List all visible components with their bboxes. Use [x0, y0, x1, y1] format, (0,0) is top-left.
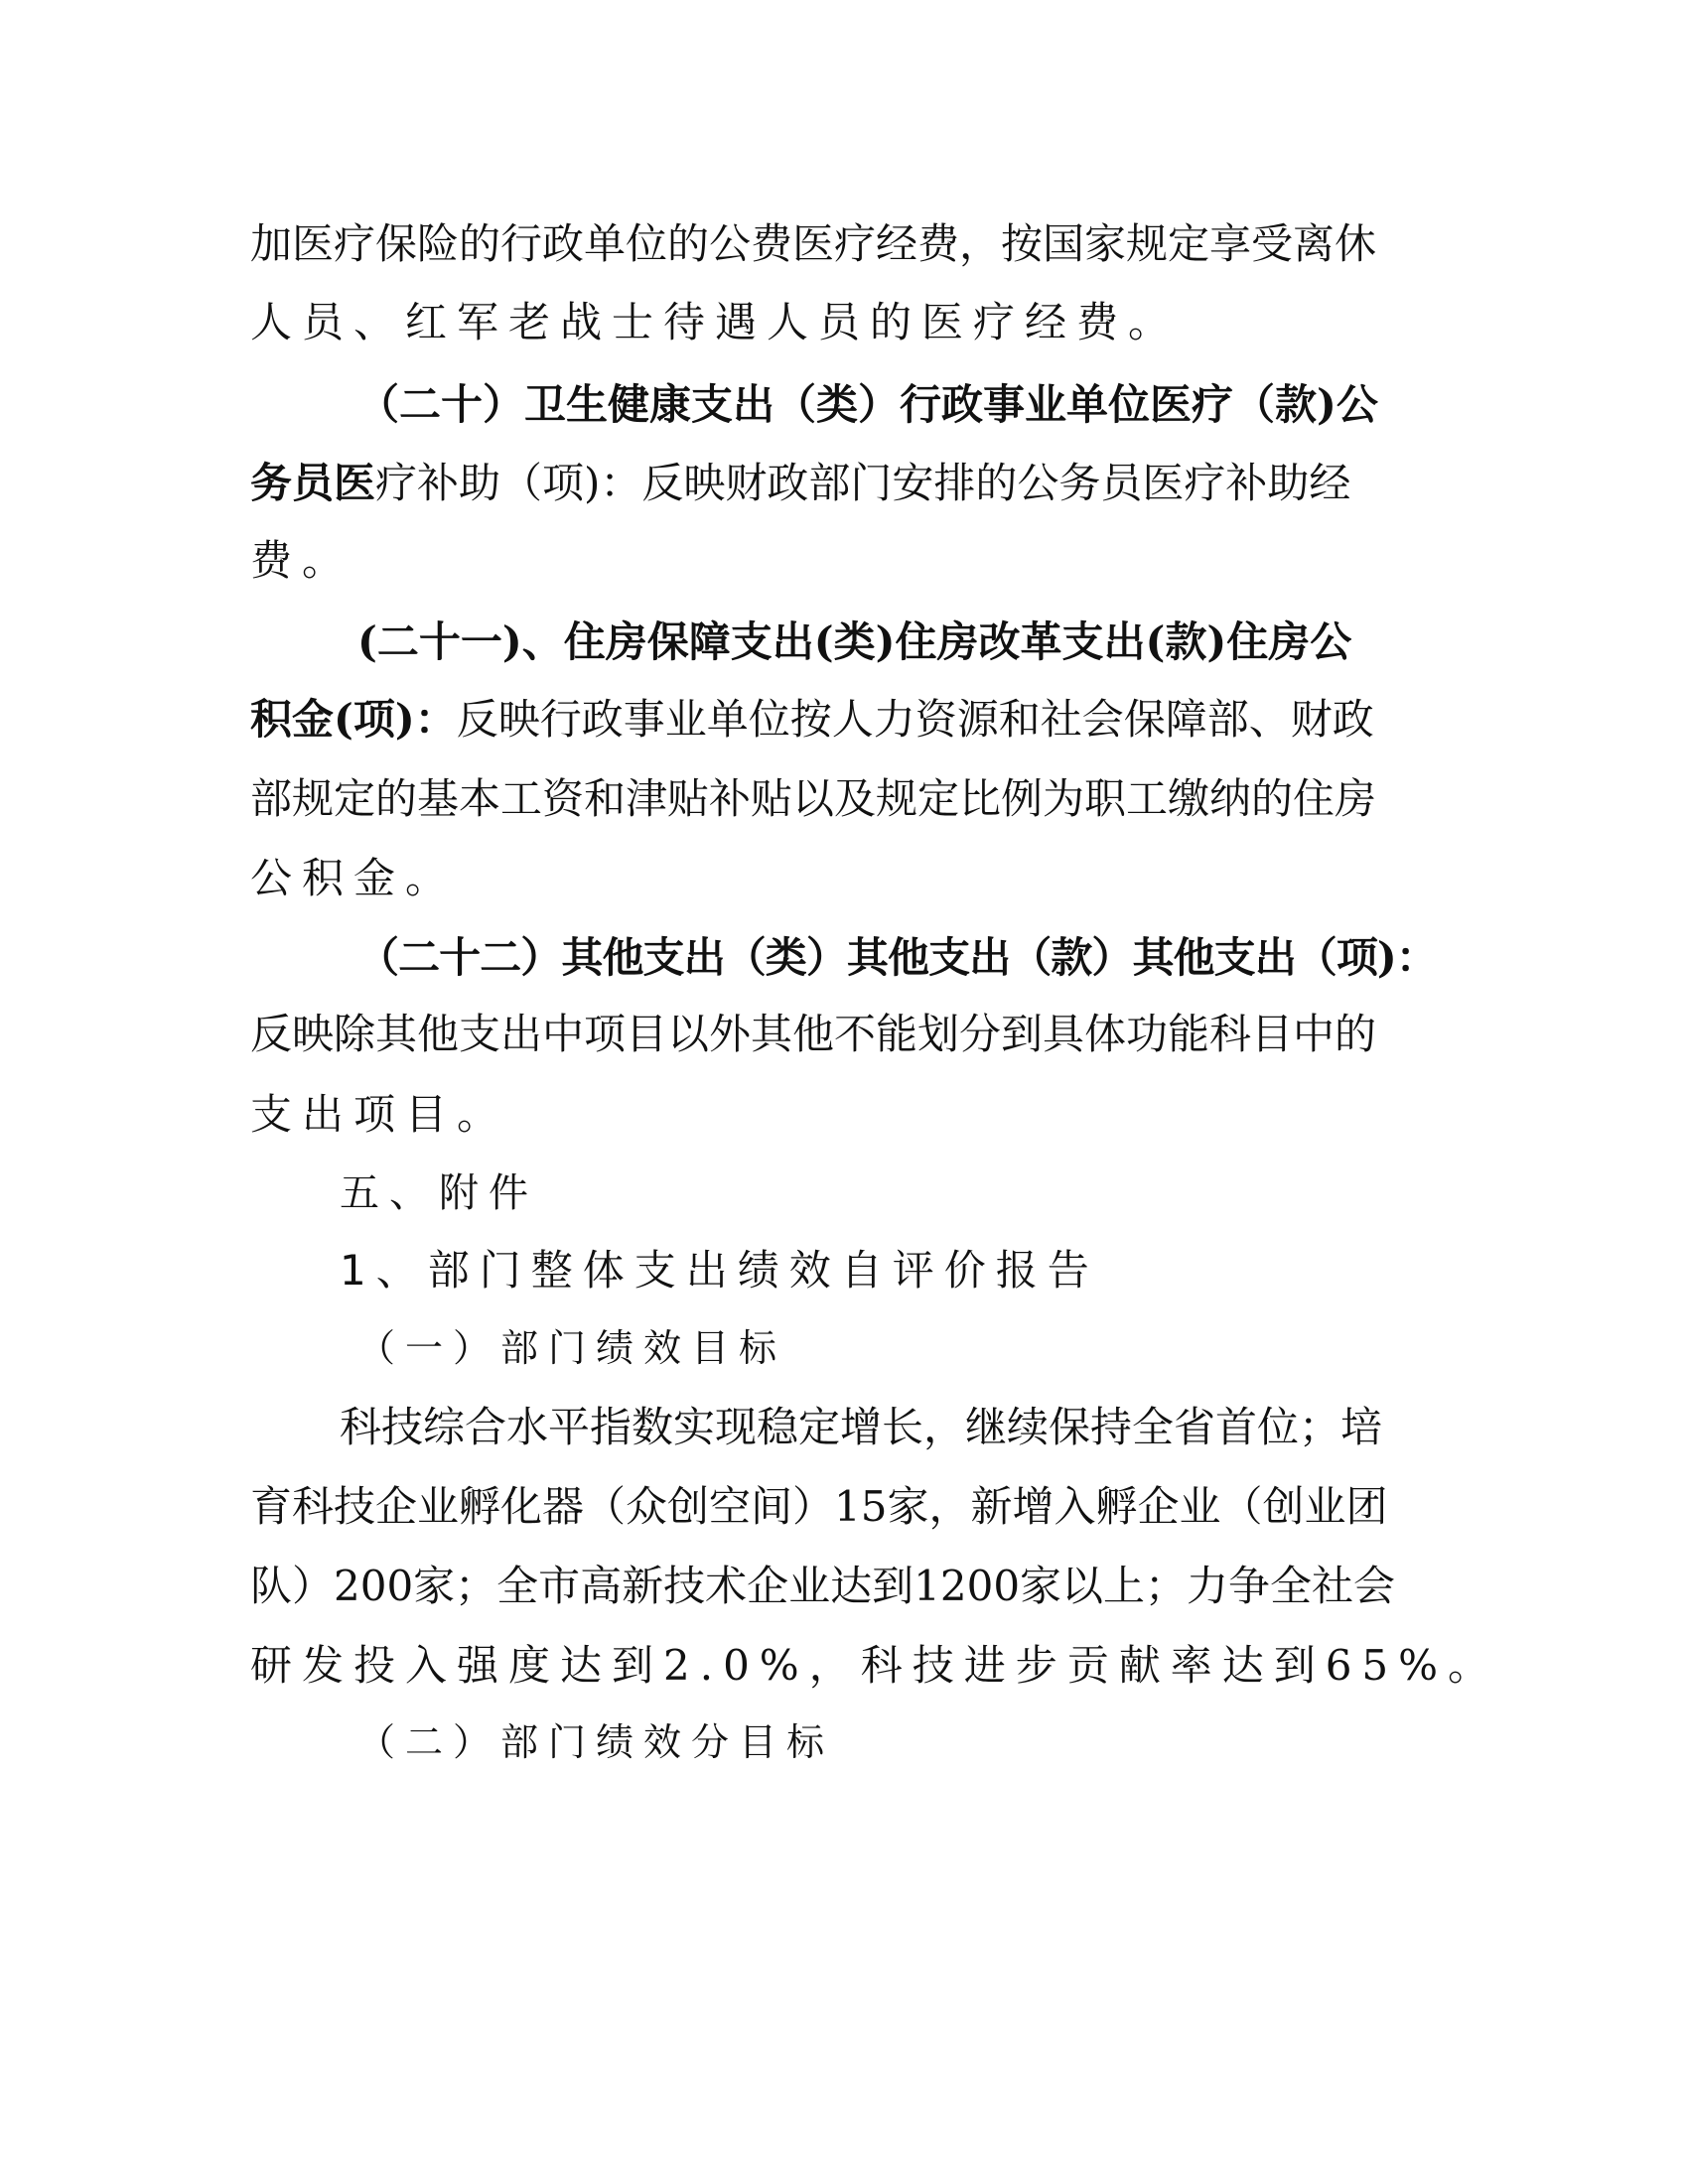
text-run: 育科技企业孵化器（众创空间）15家，新增入孵企业（创业团: [250, 1482, 1387, 1531]
paragraph-line: 积金(项)：反映行政事业单位按人力资源和社会保障部、财政: [250, 692, 1438, 748]
paragraph-line: 科技综合水平指数实现稳定增长，继续保持全省首位；培: [340, 1400, 1438, 1455]
text-run: 科技综合水平指数实现稳定增长，继续保持全省首位；培: [340, 1403, 1382, 1451]
section-heading-21: (二十一)、住房保障支出(类)住房改革支出(款)住房公: [357, 614, 1438, 670]
section-heading-20: （二十）卫生健康支出（类）行政事业单位医疗（款)公: [357, 377, 1438, 433]
document-page: 加医疗保险的行政单位的公费医疗经费，按国家规定享受离休 人员、红军老战士待遇人员…: [0, 0, 1688, 2184]
heading-text: 务员医: [250, 459, 375, 507]
heading-text: （一）部门绩效目标: [357, 1326, 786, 1370]
text-run: 反映除其他支出中项目以外其他不能划分到具体功能科目中的: [250, 1010, 1376, 1058]
heading-text: （二）部门绩效分目标: [357, 1720, 834, 1764]
text-run: 研发投入强度达到2.0%，科技进步贡献率达到65%。: [250, 1641, 1499, 1690]
text-run: 公积金。: [250, 854, 457, 902]
section-title-attachments: 五、附件: [340, 1165, 538, 1221]
paragraph-line: 部规定的基本工资和津贴补贴以及规定比例为职工缴纳的住房: [250, 771, 1438, 827]
text-run: 疗补助（项)：反映财政部门安排的公务员医疗补助经: [375, 459, 1350, 507]
text-run: 队）200家；全市高新技术企业达到1200家以上；力争全社会: [250, 1562, 1395, 1610]
text-run: 部规定的基本工资和津贴补贴以及规定比例为职工缴纳的住房: [250, 774, 1376, 823]
heading-text: (二十一)、住房保障支出(类)住房改革支出(款)住房公: [357, 617, 1351, 666]
paragraph-line: 公积金。: [250, 851, 1438, 906]
paragraph-line: 加医疗保险的行政单位的公费医疗经费，按国家规定享受离休: [250, 216, 1438, 272]
paragraph-line: 育科技企业孵化器（众创空间）15家，新增入孵企业（创业团: [250, 1479, 1438, 1535]
heading-text: 积金(项)：: [250, 695, 457, 744]
text-run: 费。: [250, 536, 353, 585]
text-run: 加医疗保险的行政单位的公费医疗经费，按国家规定享受离休: [250, 219, 1376, 268]
paragraph-line: 务员医疗补助（项)：反映财政部门安排的公务员医疗补助经: [250, 456, 1438, 511]
section-heading-22: （二十二）其他支出（类）其他支出（款）其他支出（项)：: [357, 930, 1438, 986]
heading-text: 1、部门整体支出绩效自评价报告: [340, 1246, 1099, 1295]
paragraph-line: 研发投入强度达到2.0%，科技进步贡献率达到65%。: [250, 1638, 1438, 1694]
heading-text: （二十）卫生健康支出（类）行政事业单位医疗（款)公: [357, 380, 1378, 429]
heading-text: 五、附件: [340, 1170, 538, 1216]
text-run: 支出项目。: [250, 1090, 508, 1139]
paragraph-line: 队）200家；全市高新技术企业达到1200家以上；力争全社会: [250, 1559, 1438, 1614]
paragraph-line: 费。: [250, 533, 1438, 589]
heading-text: （二十二）其他支出（类）其他支出（款）其他支出（项)：: [357, 933, 1437, 982]
text-run: 人员、红军老战士待遇人员的医疗经费。: [250, 298, 1180, 346]
paragraph-line: 支出项目。: [250, 1087, 1438, 1143]
paragraph-line: 人员、红军老战士待遇人员的医疗经费。: [250, 295, 1438, 350]
text-run: 反映行政事业单位按人力资源和社会保障部、财政: [457, 695, 1374, 744]
attachment-title: 1、部门整体支出绩效自评价报告: [340, 1243, 1099, 1298]
subsection-heading-2: （二）部门绩效分目标: [357, 1714, 834, 1770]
subsection-heading-1: （一）部门绩效目标: [357, 1320, 786, 1376]
paragraph-line: 反映除其他支出中项目以外其他不能划分到具体功能科目中的: [250, 1007, 1438, 1062]
